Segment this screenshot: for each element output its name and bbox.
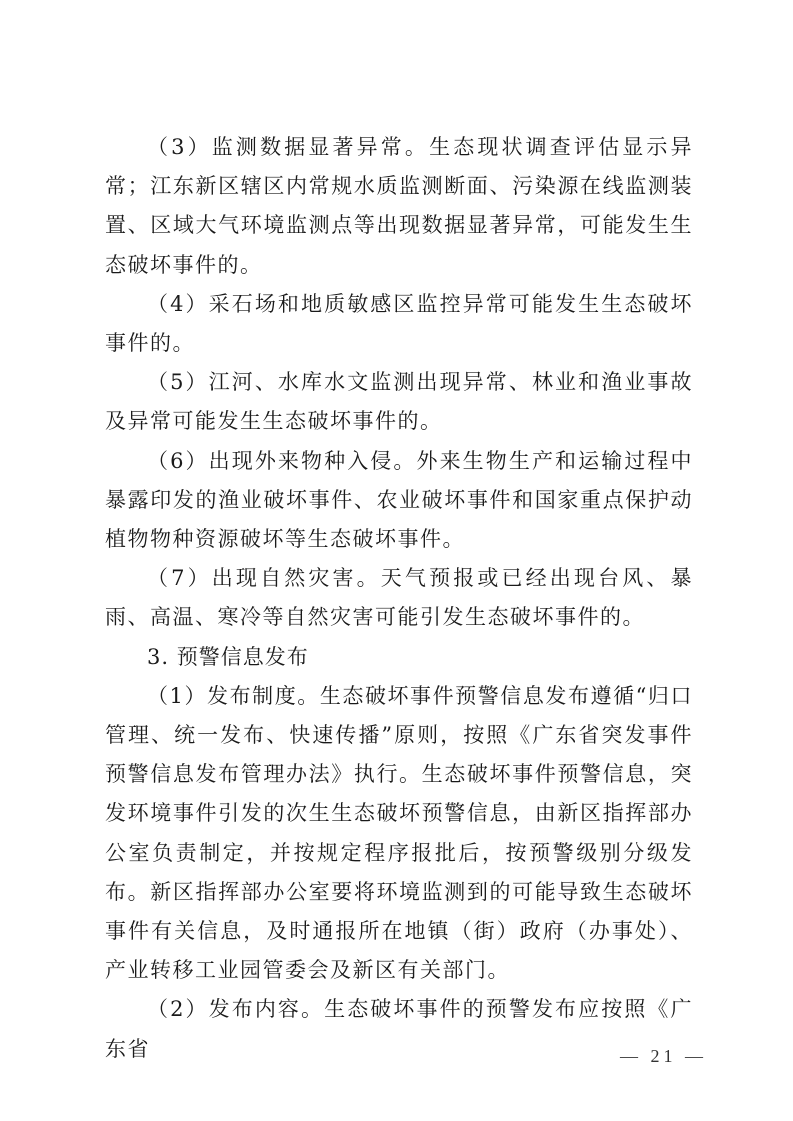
- document-body: （3）监测数据显著异常。生态现状调查评估显示异常；江东新区辖区内常规水质监测断面…: [105, 128, 693, 1069]
- paragraph-item-5: （5）江河、水库水文监测出现异常、林业和渔业事故及异常可能发生生态破坏事件的。: [105, 363, 693, 441]
- paragraph-release-2: （2）发布内容。生态破坏事件的预警发布应按照《广东省: [105, 990, 693, 1068]
- paragraph-item-7: （7）出现自然灾害。天气预报或已经出现台风、暴雨、高温、寒冷等自然灾害可能引发生…: [105, 559, 693, 637]
- paragraph-release-1: （1）发布制度。生态破坏事件预警信息发布遵循“归口管理、统一发布、快速传播”原则…: [105, 677, 693, 991]
- section-heading: 3. 预警信息发布: [105, 638, 693, 677]
- paragraph-item-4: （4）采石场和地质敏感区监控异常可能发生生态破坏事件的。: [105, 285, 693, 363]
- document-page: （3）监测数据显著异常。生态现状调查评估显示异常；江东新区辖区内常规水质监测断面…: [0, 0, 793, 1121]
- paragraph-item-3: （3）监测数据显著异常。生态现状调查评估显示异常；江东新区辖区内常规水质监测断面…: [105, 128, 693, 285]
- paragraph-item-6: （6）出现外来物种入侵。外来生物生产和运输过程中暴露印发的渔业破坏事件、农业破坏…: [105, 442, 693, 560]
- page-number: — 21 —: [620, 1046, 707, 1067]
